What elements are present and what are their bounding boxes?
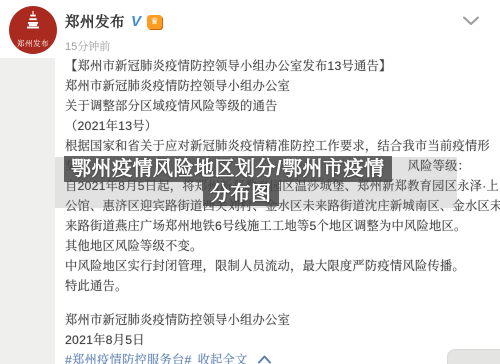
- username[interactable]: 郑州发布: [65, 11, 125, 32]
- post-line: 来路街道燕庄广场郑州地铁6号线施工工地等5个地区调整为中风险地区。: [65, 216, 470, 236]
- post-line: （2021年13号）: [65, 116, 470, 136]
- signature-line: 郑州市新冠肺炎疫情防控领导小组办公室: [65, 310, 470, 330]
- chevron-down-icon[interactable]: [463, 13, 479, 31]
- chevron-up-icon[interactable]: [258, 350, 271, 364]
- post-body: 【郑州市新冠肺炎疫情防控领导小组办公室发布13号通告】 郑州市新冠肺炎疫情防控领…: [65, 56, 470, 364]
- post-line: 郑州市新冠肺炎疫情防控领导小组办公室: [65, 76, 470, 96]
- date-line: 2021年8月5日: [65, 330, 470, 350]
- post-line: 中风险地区实行封闭管理，限制人员流动，最大限度严防疫情风险传播。: [65, 256, 470, 276]
- collapse-full-text-link[interactable]: 收起全文: [198, 350, 248, 364]
- corner-widget-partial[interactable]: [447, 349, 500, 364]
- hashtag-link[interactable]: #郑州疫情防控服务台#: [65, 350, 192, 364]
- post-line: 关于调整部分区域疫情风险等级的通告: [65, 96, 470, 116]
- avatar[interactable]: 郑州发布: [9, 6, 57, 54]
- pagoda-icon: [21, 6, 45, 39]
- headline-overlay-line2: 分布图: [203, 182, 279, 206]
- post-line: 【郑州市新冠肺炎疫情防控领导小组办公室发布13号通告】: [65, 56, 470, 76]
- post-line: 其他地区风险等级不变。: [65, 236, 470, 256]
- post-line: 特此通告。: [65, 276, 470, 296]
- post-timestamp: 15分钟前: [65, 38, 110, 54]
- headline-overlay-line1: 鄂州疫情风险地区划分/鄂州市疫情: [64, 156, 392, 182]
- avatar-label: 郑州发布: [17, 40, 49, 48]
- verified-v-icon: V: [131, 13, 141, 30]
- weibo-post-screenshot: 郑州发布 郑州发布 V ♛ 15分钟前 【郑州市新冠肺炎疫情防控领导小组办公室发…: [0, 0, 500, 364]
- vip-crown-icon: ♛: [147, 15, 162, 29]
- post-line: 根据国家和省关于应对新冠肺炎疫情精准防控工作要求，结合我市当前疫情形: [65, 136, 470, 156]
- post-footer-links: #郑州疫情防控服务台# 收起全文: [65, 350, 470, 364]
